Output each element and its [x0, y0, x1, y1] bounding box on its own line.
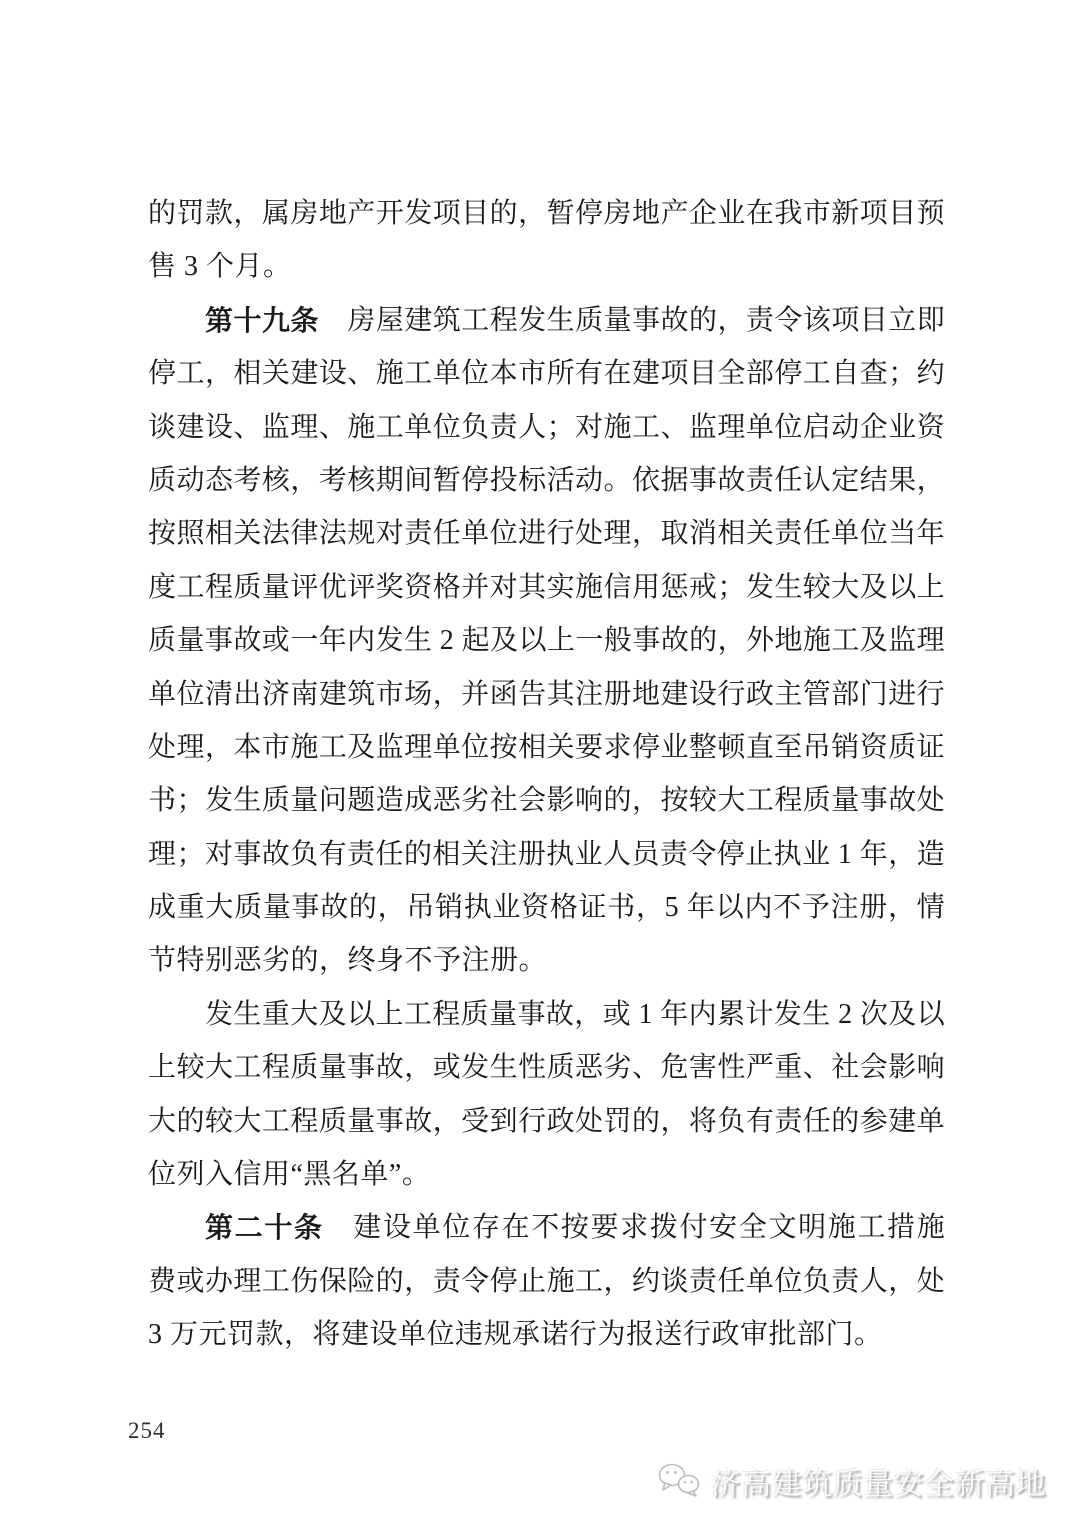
para-article-20: 第二十条 建设单位存在不按要求拨付安全文明施工措施费或办理工伤保险的，责令停止施… [148, 1201, 945, 1361]
wechat-icon [657, 1462, 703, 1500]
page-number: 254 [128, 1418, 166, 1444]
text-line: 谈建设、监理、施工单位负责人；对施工、监理单位启动企业资 [148, 401, 945, 454]
text-line: 费或办理工伤保险的，责令停止施工，约谈责任单位负责人，处 [148, 1255, 945, 1308]
watermark: 济高建筑质量安全新高地 [657, 1458, 1047, 1504]
text-line: 单位清出济南建筑市场，并函告其注册地建设行政主管部门进行 [148, 668, 945, 721]
text-line: 售 3 个月。 [148, 240, 945, 293]
watermark-label: 济高建筑质量安全新高地 [711, 1459, 1047, 1503]
text-line: 度工程质量评优评奖资格并对其实施信用惩戒；发生较大及以上 [148, 561, 945, 614]
text-line: 处理，本市施工及监理单位按相关要求停业整顿直至吊销资质证 [148, 721, 945, 774]
text-line: 大的较大工程质量事故，受到行政处罚的，将负有责任的参建单 [148, 1095, 945, 1148]
text-line: 成重大质量事故的，吊销执业资格证书，5 年以内不予注册，情 [148, 881, 945, 934]
text-line: 第二十条 建设单位存在不按要求拨付安全文明施工措施 [148, 1201, 945, 1254]
text-line: 按照相关法律法规对责任单位进行处理，取消相关责任单位当年 [148, 507, 945, 560]
document-body: 的罚款，属房地产开发项目的，暂停房地产企业在我市新项目预售 3 个月。第十九条 … [148, 187, 945, 1362]
text-line: 质量事故或一年内发生 2 起及以上一般事故的，外地施工及监理 [148, 614, 945, 667]
para-article-19: 第十九条 房屋建筑工程发生质量事故的，责令该项目立即停工，相关建设、施工单位本市… [148, 294, 945, 988]
text-line: 质动态考核，考核期间暂停投标活动。依据事故责任认定结果， [148, 454, 945, 507]
text-line: 书；发生质量问题造成恶劣社会影响的，按较大工程质量事故处 [148, 774, 945, 827]
text-line: 第十九条 房屋建筑工程发生质量事故的，责令该项目立即 [148, 294, 945, 347]
text-line: 节特别恶劣的，终身不予注册。 [148, 934, 945, 987]
para-major-accidents: 发生重大及以上工程质量事故，或 1 年内累计发生 2 次及以上较大工程质量事故，… [148, 988, 945, 1202]
text-line: 发生重大及以上工程质量事故，或 1 年内累计发生 2 次及以 [148, 988, 945, 1041]
text-line: 的罚款，属房地产开发项目的，暂停房地产企业在我市新项目预 [148, 187, 945, 240]
text-line: 位列入信用“黑名单”。 [148, 1148, 945, 1201]
text-line: 理；对事故负有责任的相关注册执业人员责令停止执业 1 年，造 [148, 828, 945, 881]
text-line: 3 万元罚款，将建设单位违规承诺行为报送行政审批部门。 [148, 1308, 945, 1361]
document-page: { "page": { "background": "#ffffff", "te… [0, 0, 1080, 1527]
para-article-18-continuation: 的罚款，属房地产开发项目的，暂停房地产企业在我市新项目预售 3 个月。 [148, 187, 945, 294]
text-line: 上较大工程质量事故，或发生性质恶劣、危害性严重、社会影响 [148, 1041, 945, 1094]
text-line: 停工，相关建设、施工单位本市所有在建项目全部停工自查；约 [148, 347, 945, 400]
